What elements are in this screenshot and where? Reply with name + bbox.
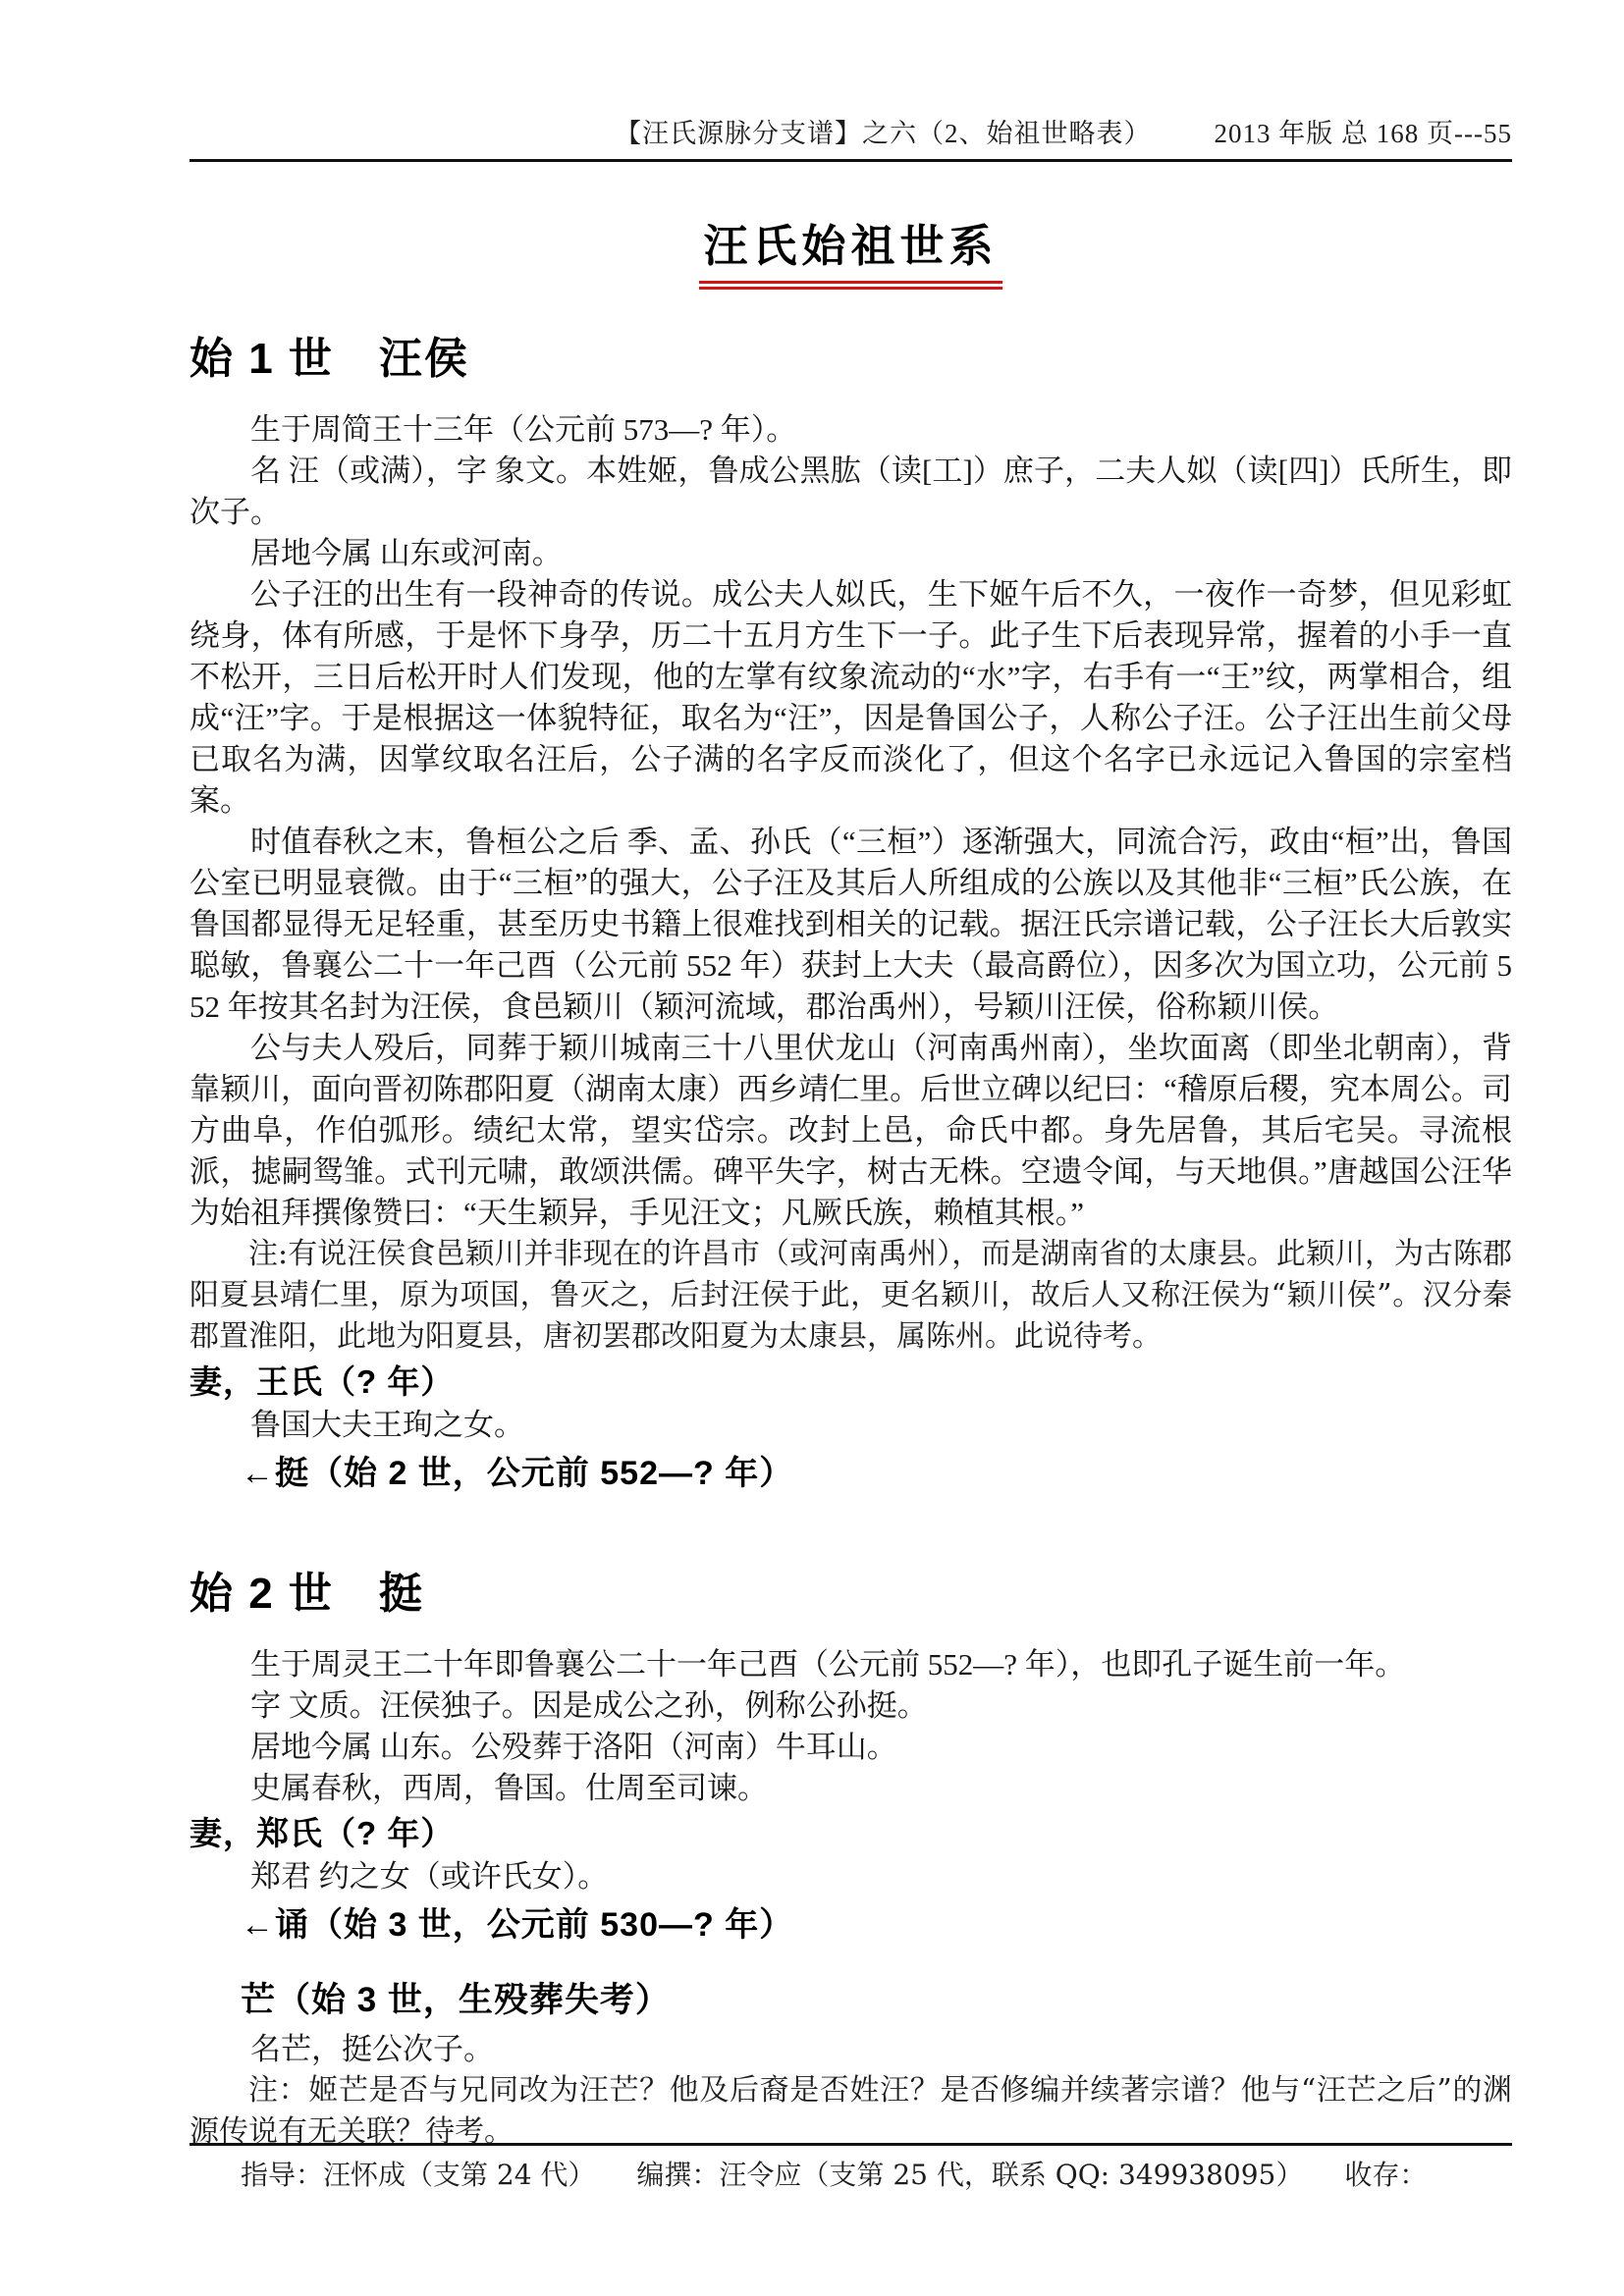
page-header: 【汪氏源脉分支谱】之六（2、始祖世略表） 2013 年版 总 168 页---5… [189,116,1512,151]
header-pageinfo: 2013 年版 总 168 页---55 [1215,116,1512,151]
gen2-wife-text: 郑君 约之女（或许氏女）。 [189,1856,1512,1897]
gen1-paragraph-birth: 生于周简王十三年（公元前 573—? 年）。 [189,409,1512,451]
gen1-paragraph-history: 时值春秋之末，鲁桓公之后 季、孟、孙氏（“三桓”）逐渐强大，同流合污，政由“桓”… [189,822,1512,1028]
gen1-wife-label: 妻，王氏（? 年） [189,1360,1512,1405]
page-footer: 指导：汪怀成（支第 24 代） 编撰：汪令应（支第 25 代，联系 QQ: 34… [189,2143,1512,2194]
gen2-paragraph-history: 史属春秋，西周，鲁国。仕周至司谏。 [189,1768,1512,1809]
page: 【汪氏源脉分支谱】之六（2、始祖世略表） 2013 年版 总 168 页---5… [0,0,1624,2296]
mang-paragraph-name: 名芒，挺公次子。 [189,2029,1512,2070]
mang-heading: 芒（始 3 世，生殁葬失考） [189,1978,1512,2023]
gen2-child-song: ←诵（始 3 世，公元前 530—? 年） [189,1901,1512,1949]
section-gen2: 始 2 世 挺 生于周灵王二十年即鲁襄公二十一年己酉（公元前 552—? 年），… [189,1568,1512,1949]
gen2-wife-label: 妻，郑氏（? 年） [189,1811,1512,1856]
gen2-paragraph-residence: 居地今属 山东。公殁葬于洛阳（河南）牛耳山。 [189,1727,1512,1768]
footer-credits: 指导：汪怀成（支第 24 代） 编撰：汪令应（支第 25 代，联系 QQ: 34… [189,2157,1512,2194]
gen1-paragraph-name: 名 汪（或满），字 象文。本姓姬，鲁成公黑肱（读[工]）庶子，二夫人姒（读[四]… [189,451,1512,533]
mang-note: 注：姬芒是否与兄同改为汪芒？他及后裔是否姓汪？是否修编并续著宗谱？他与“汪芒之后… [189,2070,1512,2153]
gen1-paragraph-legend: 公子汪的出生有一段神奇的传说。成公夫人姒氏，生下姬午后不久，一夜作一奇梦，但见彩… [189,574,1512,822]
gen1-paragraph-residence: 居地今属 山东或河南。 [189,533,1512,574]
section-gen1: 始 1 世 汪侯 生于周简王十三年（公元前 573—? 年）。 名 汪（或满），… [189,333,1512,1497]
header-rule [189,159,1512,162]
gen1-paragraph-tomb: 公与夫人殁后，同葬于颖川城南三十八里伏龙山（河南禹州南），坐坎面离（即坐北朝南）… [189,1028,1512,1234]
gen1-wife-text: 鲁国大夫王珣之女。 [189,1405,1512,1446]
gen2-paragraph-style: 字 文质。汪侯独子。因是成公之孙，例称公孙挺。 [189,1685,1512,1727]
footer-rule [189,2143,1512,2146]
gen2-heading: 始 2 世 挺 [189,1568,1512,1621]
gen1-heading: 始 1 世 汪侯 [189,333,1512,386]
title-row: 汪氏始祖世系 [189,221,1512,290]
section-mang: 芒（始 3 世，生殁葬失考） 名芒，挺公次子。 注：姬芒是否与兄同改为汪芒？他及… [189,1978,1512,2153]
gen1-child-ting: ←挺（始 2 世，公元前 552—? 年） [189,1450,1512,1497]
header-booktitle: 【汪氏源脉分支谱】之六（2、始祖世略表） [615,116,1152,151]
gen2-paragraph-birth: 生于周灵王二十年即鲁襄公二十一年己酉（公元前 552—? 年），也即孔子诞生前一… [189,1644,1512,1685]
gen1-note: 注:有说汪侯食邑颖川并非现在的许昌市（或河南禹州），而是湖南省的太康县。此颖川，… [189,1234,1512,1358]
doc-title: 汪氏始祖世系 [699,221,1001,290]
